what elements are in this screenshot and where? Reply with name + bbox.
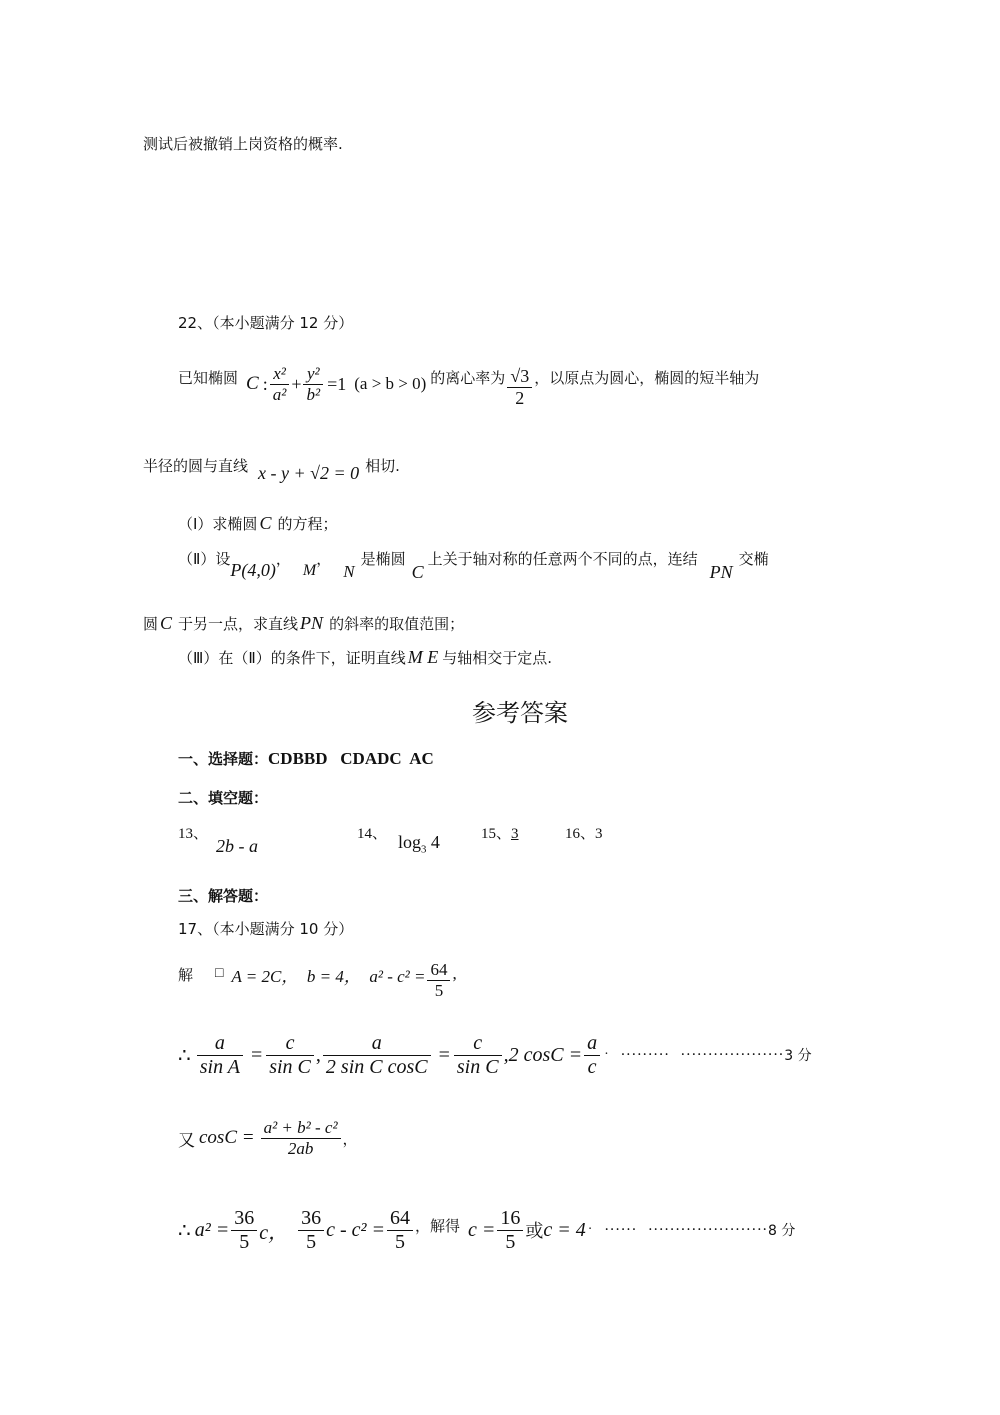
frac-denominator: 5	[427, 981, 450, 1001]
fraction: a c	[584, 1032, 600, 1079]
given-fraction: 64 5	[427, 960, 450, 1000]
frac-denominator: 5	[298, 1231, 324, 1254]
log-text: log	[398, 832, 421, 852]
missing-glyph-box: □	[215, 966, 223, 982]
plus-sign: +	[291, 374, 301, 395]
line2-prefix: 半径的圆与直线	[143, 455, 248, 476]
fill-16-answer: 3	[595, 826, 603, 842]
q22-stem-line2: 半径的圆与直线 x - y + √2 = 0 相切.	[143, 455, 400, 484]
frac-numerator: y²	[303, 364, 323, 385]
point-m: M	[303, 562, 316, 580]
part1-text: 的方程；	[277, 513, 337, 534]
frac-denominator: sin A	[197, 1056, 243, 1079]
section-multiple-choice: 一、选择题： CDBBD CDADC AC	[178, 748, 434, 769]
frac-denominator: sin C	[266, 1056, 314, 1079]
point-n: N	[343, 562, 354, 582]
frac-denominator: 5	[231, 1231, 257, 1254]
q22-header: 22、（本小题满分 12 分）	[178, 312, 353, 333]
q21-tail-text: 测试后被撤销上岗资格的概率.	[143, 133, 343, 154]
fraction-x-over-a: x² a²	[270, 364, 290, 404]
answers-title: 参考答案	[472, 693, 568, 728]
ellipse-name: C	[246, 373, 259, 395]
frac-numerator: x²	[270, 364, 290, 385]
stem-prefix: 已知椭圆	[178, 367, 238, 388]
log-base: 3	[421, 844, 426, 856]
frac-denominator: 2	[507, 388, 532, 409]
period: ·	[588, 1222, 593, 1238]
equals: =	[251, 1044, 262, 1067]
fraction: 36 5	[298, 1207, 324, 1254]
frac-denominator: sin C	[454, 1056, 502, 1079]
colon: :	[263, 374, 268, 395]
part2-text1: 是椭圆	[361, 548, 406, 569]
fraction-y-over-b: y² b²	[303, 364, 323, 404]
frac-numerator: 64	[427, 960, 450, 981]
condition: (a > b > 0)	[354, 374, 426, 394]
section1-label: 一、选择题：	[178, 748, 268, 769]
part1-label: （Ⅰ）求椭圆	[178, 513, 257, 534]
comma: ,	[452, 964, 456, 984]
fill-15-answer: 3	[511, 826, 519, 842]
separator: ，	[316, 548, 331, 569]
frac-denominator: 2ab	[261, 1139, 341, 1159]
q22-part3: （Ⅲ）在（Ⅱ）的条件下，证明直线 M E 与轴相交于定点.	[178, 647, 552, 668]
frac-denominator: 2 sin C cosC	[323, 1056, 431, 1079]
frac-numerator: a² + b² - c²	[261, 1118, 341, 1139]
log-arg: 4	[431, 832, 440, 852]
q17-header: 17、（本小题满分 10 分）	[178, 918, 353, 939]
part3-label: （Ⅲ）在（Ⅱ）的条件下，证明直线	[178, 647, 406, 668]
line-pn: PN	[300, 613, 323, 634]
score-mark: 8 分	[768, 1220, 795, 1240]
point-p: P(4,0)	[230, 560, 275, 581]
fill-16-num: 16、	[565, 826, 595, 842]
a-squared-lhs: a² =	[195, 1219, 230, 1242]
frac-numerator: c	[266, 1032, 314, 1056]
section2-label: 二、填空题：	[178, 787, 268, 808]
section1-answers: CDBBD CDADC AC	[268, 749, 434, 769]
therefore-symbol: ∴	[178, 1043, 191, 1068]
ellipse-c: C	[160, 613, 172, 634]
therefore-symbol: ∴	[178, 1218, 191, 1243]
ellipse-c: C	[412, 562, 424, 583]
period: ·	[604, 1047, 609, 1063]
fraction: 36 5	[231, 1207, 257, 1254]
score-mark: 3 分	[784, 1045, 811, 1065]
fill-13-answer: 2b - a	[216, 836, 258, 857]
q22-part1: （Ⅰ）求椭圆 C 的方程；	[178, 513, 337, 534]
line2-suffix: 相切.	[365, 455, 400, 476]
cont-text2: 的斜率的取值范围；	[329, 613, 464, 634]
q22-stem-line1: 已知椭圆 C : x² a² + y² b² =1 (a > b > 0) 的离…	[178, 352, 759, 416]
q17-step2: 又 cosC = a² + b² - c² 2ab ，	[178, 1110, 358, 1166]
fill-14-num: 14、	[357, 822, 387, 843]
solution-label: 解	[178, 964, 193, 985]
part3-text: 与轴相交于定点.	[442, 647, 552, 668]
cont-prefix: 圆	[143, 613, 158, 634]
frac-denominator: b²	[303, 385, 323, 405]
frac-denominator: c	[584, 1056, 600, 1079]
frac-numerator: 16	[497, 1207, 523, 1231]
line-pn: PN	[710, 562, 733, 583]
comma: ,	[316, 1044, 321, 1067]
fraction: c sin C	[266, 1032, 314, 1079]
frac-numerator: 36	[298, 1207, 324, 1231]
q17-step1: ∴ a sin A = c sin C , a 2 sin C cosC = c…	[178, 1025, 812, 1085]
q22-part2: （Ⅱ）设 P(4,0) ， M ， N 是椭圆 C 上关于轴对称的任意两个不同的…	[178, 548, 769, 583]
eccentricity-fraction: √3 2	[507, 366, 532, 408]
or-text: 或	[525, 1217, 543, 1243]
section3-label: 三、解答题：	[178, 885, 268, 906]
fraction: 64 5	[387, 1207, 413, 1254]
frac-numerator: 64	[387, 1207, 413, 1231]
line-equation: x - y + √2 = 0	[258, 463, 359, 484]
frac-numerator: a	[584, 1032, 600, 1056]
c-equals-4: c = 4	[543, 1219, 585, 1242]
cont-text1: 于另一点，求直线	[178, 613, 298, 634]
expression: c，	[259, 1216, 288, 1245]
cos-relation: ,2 cosC =	[504, 1044, 583, 1067]
score-leader-dots: ······ ······················	[604, 1222, 768, 1238]
fill-16: 16、3	[565, 822, 603, 843]
fraction: a sin A	[197, 1032, 243, 1079]
cos-lhs: cosC =	[199, 1127, 255, 1149]
fill-15-num: 15、	[481, 826, 511, 842]
q17-given-line: 解 □ A = 2C， b = 4， a² - c² = 64 5 ,	[178, 955, 457, 1005]
given-conditions: A = 2C， b = 4， a² - c² =	[231, 962, 425, 987]
equation-rhs: =1	[327, 374, 346, 395]
q22-part2-cont: 圆 C 于另一点，求直线 PN 的斜率的取值范围；	[143, 613, 464, 634]
fraction: a 2 sin C cosC	[323, 1032, 431, 1079]
expression: c - c² =	[326, 1219, 385, 1242]
also-prefix: 又	[178, 1126, 195, 1151]
solve-text: ，解得	[415, 1215, 460, 1236]
fraction: 16 5	[497, 1207, 523, 1254]
q17-step3: ∴ a² = 36 5 c， 36 5 c - c² = 64 5 ，解得 c …	[178, 1200, 795, 1260]
comma: ，	[343, 1128, 358, 1149]
part2-label: （Ⅱ）设	[178, 548, 230, 569]
line-me: M E	[408, 647, 439, 668]
separator: ，	[276, 548, 291, 569]
equals: =	[439, 1044, 450, 1067]
part2-text2: 上关于轴对称的任意两个不同的点，连结	[428, 548, 698, 569]
eccentricity-text: 的离心率为	[430, 367, 505, 388]
frac-numerator: c	[454, 1032, 502, 1056]
part2-text3: 交椭	[739, 548, 769, 569]
stem-suffix: ，以原点为圆心，椭圆的短半轴为	[534, 367, 759, 388]
fill-15: 15、3	[481, 822, 519, 843]
frac-numerator: a	[197, 1032, 243, 1056]
fraction: c sin C	[454, 1032, 502, 1079]
c-equals: c =	[468, 1219, 495, 1242]
frac-denominator: 5	[497, 1231, 523, 1254]
frac-denominator: a²	[270, 385, 290, 405]
frac-numerator: a	[323, 1032, 431, 1056]
frac-numerator: √3	[507, 366, 532, 388]
score-leader-dots: ········· ···················	[621, 1047, 785, 1063]
law-of-cosines-fraction: a² + b² - c² 2ab	[261, 1118, 341, 1158]
fill-14-answer: log3 4	[398, 832, 440, 856]
frac-numerator: 36	[231, 1207, 257, 1231]
fill-13-num: 13、	[178, 822, 208, 843]
part1-var: C	[259, 513, 271, 534]
frac-denominator: 5	[387, 1231, 413, 1254]
